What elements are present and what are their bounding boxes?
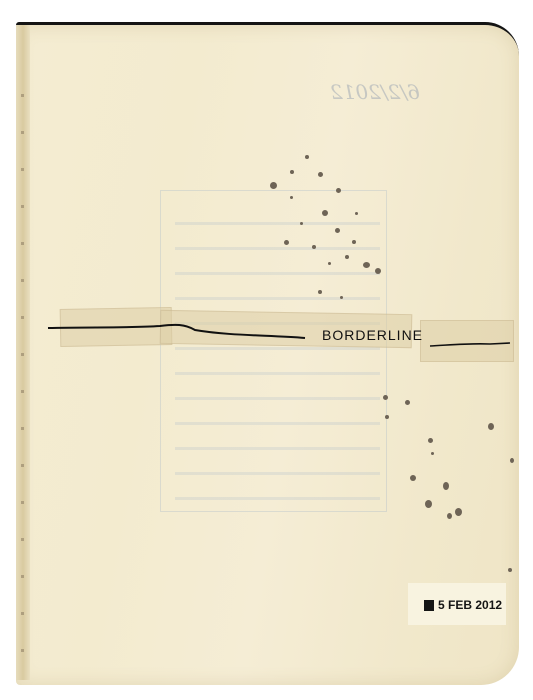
borderline-handwritten-word: BORDERLINE [322, 327, 423, 343]
stamp-logo-icon [424, 600, 434, 611]
date-stamp: 5 FEB 2012 [424, 598, 502, 612]
stamp-date-text: 5 FEB 2012 [438, 598, 502, 612]
